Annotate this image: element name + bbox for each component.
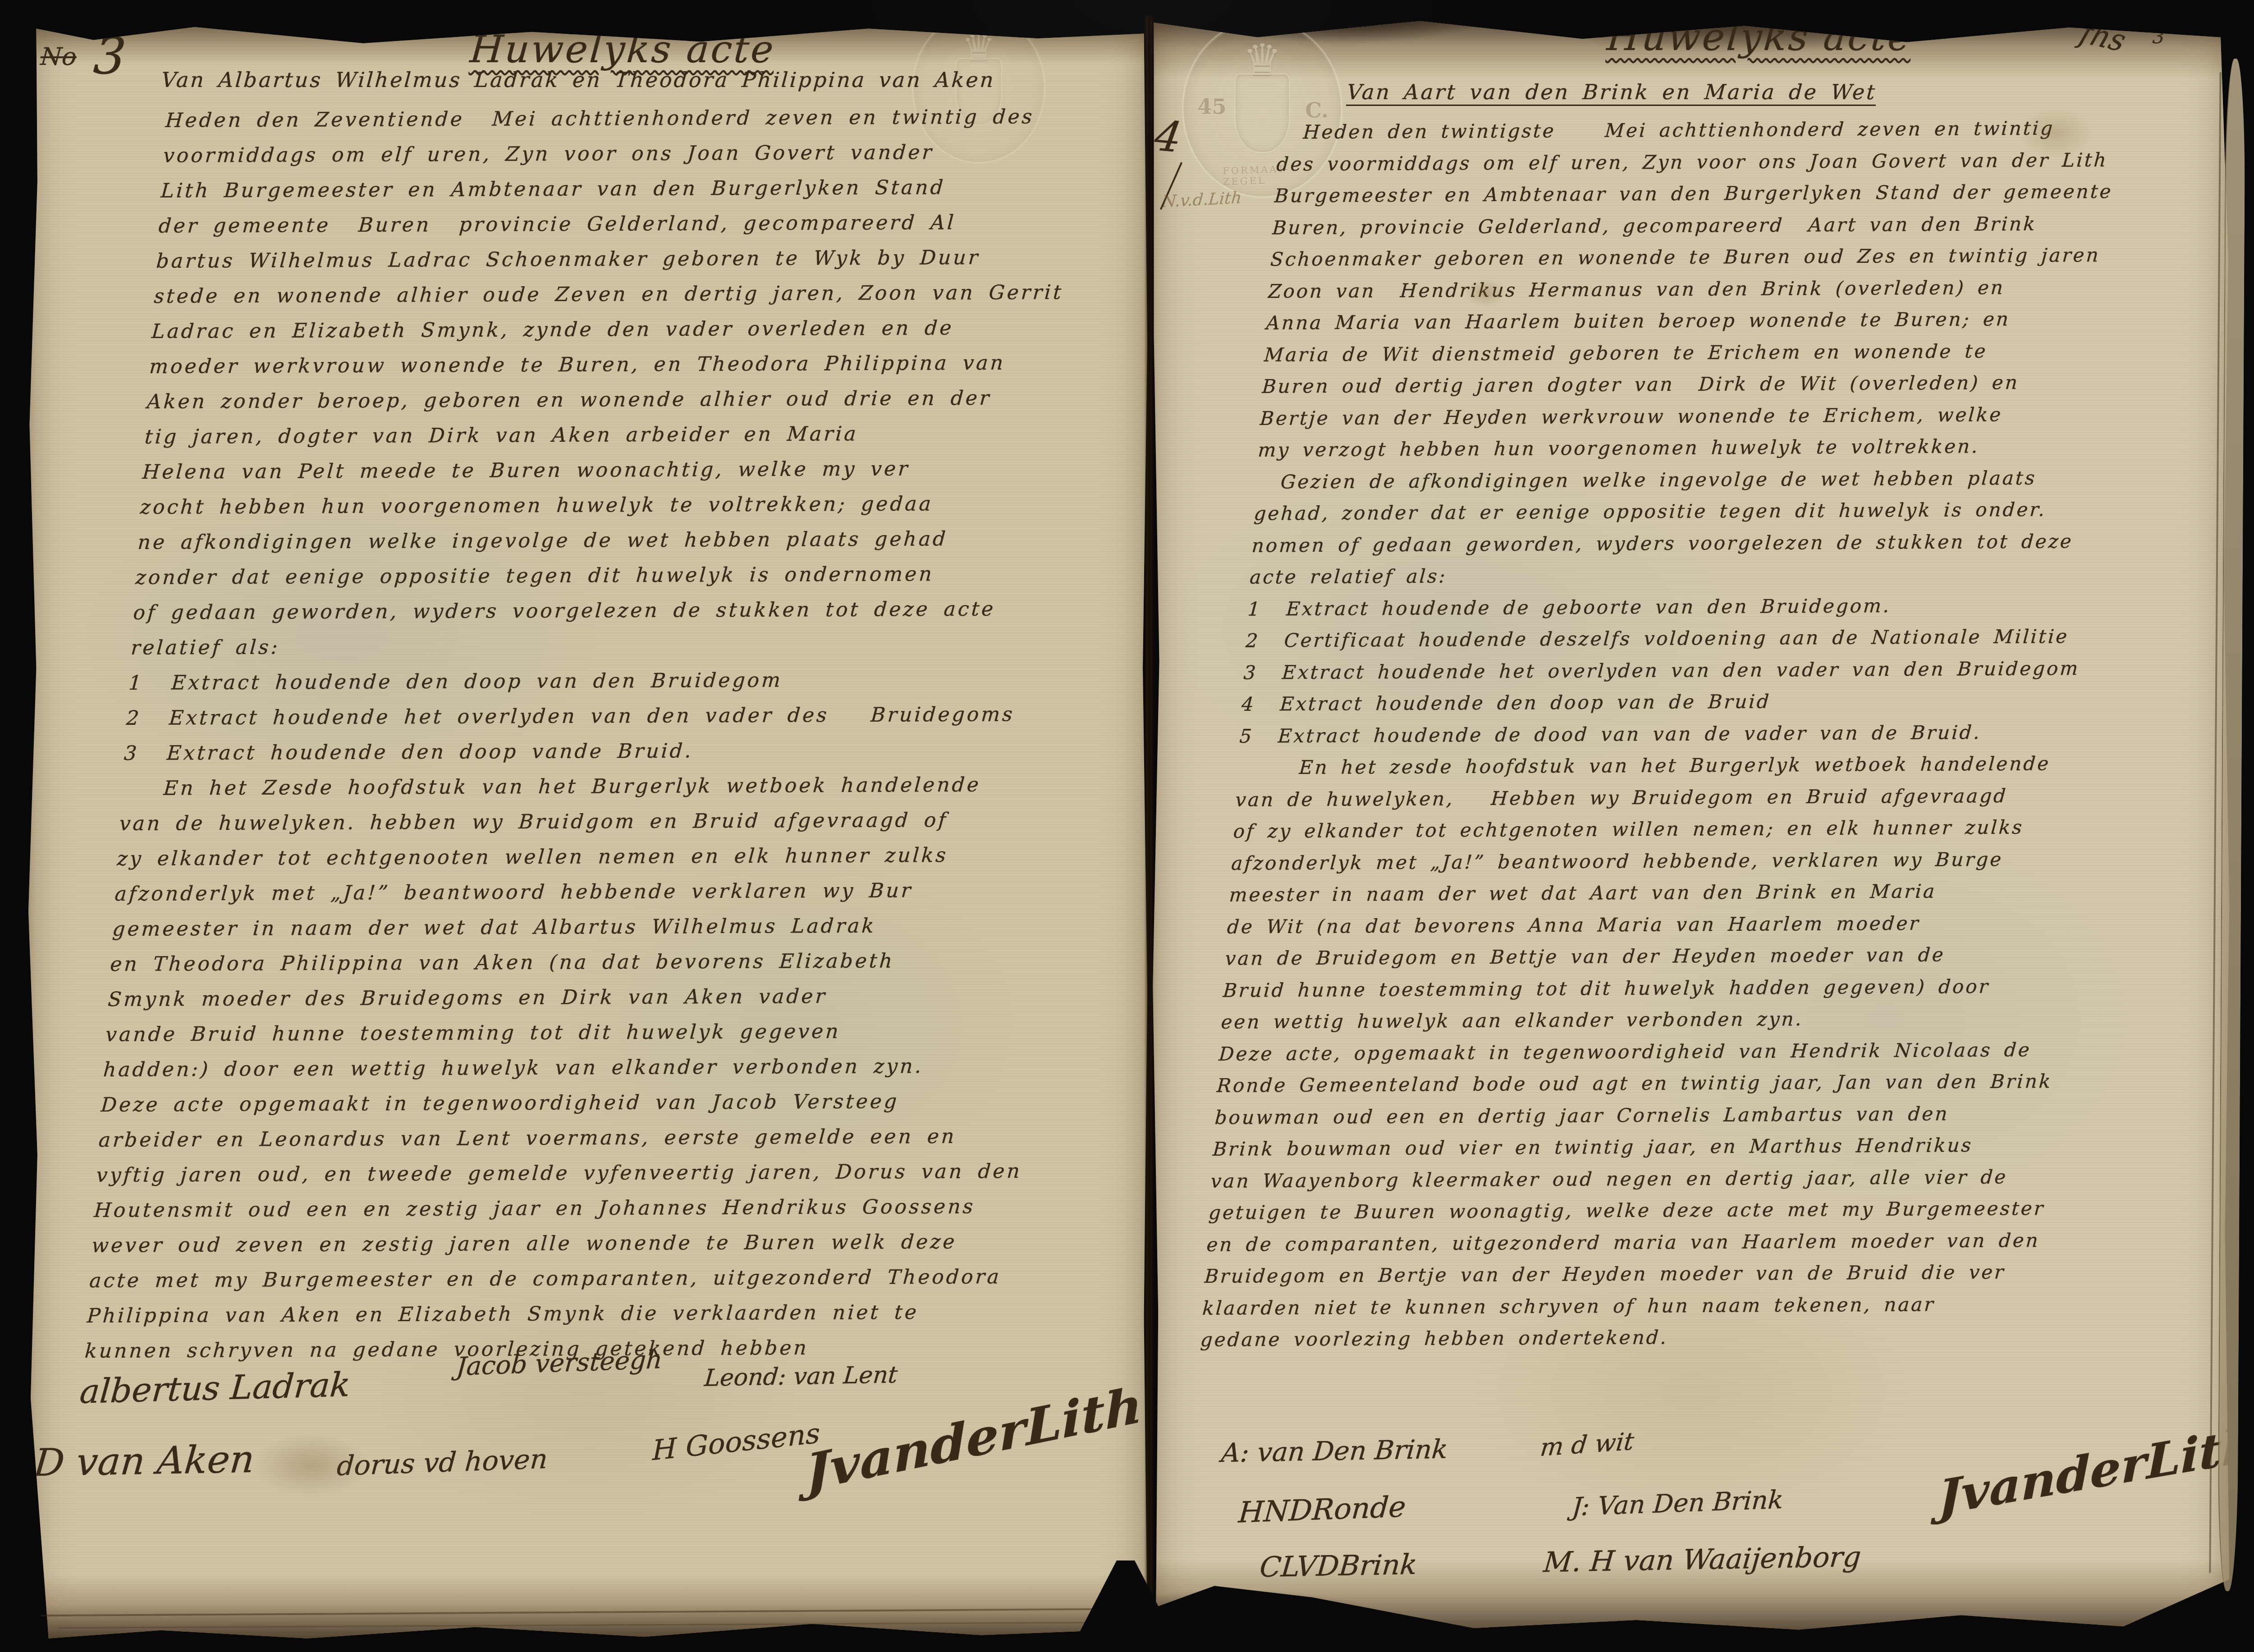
text-line: meester in naam der wet dat Aart van den… (1228, 874, 2218, 911)
text-line: Bruidegom en Bertje van der Heyden moede… (1204, 1255, 2193, 1292)
signature-groom: albertus Ladrak (78, 1365, 352, 1411)
left-page-title: Huwelyks acte (469, 27, 777, 71)
text-line: vyftig jaren oud, en tweede gemelde vyfe… (95, 1153, 1117, 1193)
text-line: vande Bruid hunne toestemming tot dit hu… (105, 1013, 1126, 1053)
text-line: 5 Extract houdende de dood van van de va… (1238, 715, 2228, 752)
text-line: Heden den Zeventiende Mei achttienhonder… (165, 99, 1186, 138)
act-number: 3 (92, 27, 128, 86)
signature-groom: A: van Den Brink (1220, 1434, 1449, 1469)
left-page-text: Heden den Zeventiende Mei achttienhonder… (84, 99, 1186, 1369)
text-line: Maria de Wit dienstmeid geboren te Erich… (1263, 334, 2253, 371)
text-line: der gemeente Buren provincie Gelderland,… (157, 204, 1179, 244)
signature-witness-hoven: dorus vd hoven (336, 1443, 549, 1482)
text-line: voormiddags om elf uren, Zyn voor ons Jo… (162, 134, 1183, 174)
text-line: Philippina van Aken en Elizabeth Smynk d… (86, 1294, 1108, 1334)
text-line: afzonderlyk met „Ja!” beantwoord hebbend… (114, 872, 1135, 912)
text-line: 2 Extract houdende het overlyden van den… (125, 696, 1147, 736)
text-line: en de comparanten, uitgezonderd maria va… (1205, 1224, 2195, 1261)
signature-bride-mark: m d wit (1539, 1427, 1636, 1462)
right-page-title: Huwelyks acte (1606, 15, 1914, 59)
text-line: des voormiddags om elf uren, Zyn voor on… (1275, 143, 2254, 180)
act-number-label-struck: No (40, 42, 78, 71)
text-line: bouwman oud een en dertig jaar Cornelis … (1214, 1097, 2204, 1134)
text-line: Buren oud dertig jaren dogter van Dirk d… (1261, 366, 2251, 403)
text-line: Aken zonder beroep, geboren en wonende a… (146, 380, 1168, 420)
left-subject-line: Van Albartus Wilhelmus Ladrak en Theodor… (160, 68, 996, 92)
signature-father-bride: D van Aken (32, 1437, 256, 1485)
text-line: 1 Extract houdende den doop van den Brui… (128, 661, 1149, 701)
text-line: bartus Wilhelmus Ladrac Schoenmaker gebo… (155, 239, 1177, 279)
text-line: Helena van Pelt meede te Buren woonachti… (141, 450, 1163, 490)
margin-paraph: N.v.d.Lith (1161, 188, 1242, 211)
corner-flourish: fhs (2075, 15, 2130, 58)
text-line: de Wit (na dat bevorens Anna Maria van H… (1226, 906, 2216, 943)
signature-witness-waaijenborg: M. H van Waaijenborg (1542, 1540, 1862, 1579)
text-line: hadden:) door een wettig huwelyk van elk… (102, 1048, 1124, 1088)
text-line: ne afkondigingen welke ingevolge de wet … (137, 521, 1158, 560)
text-line: getuigen te Buuren woonagtig, welke deze… (1208, 1192, 2197, 1229)
text-line: van de Bruidegom en Bettje van der Heyde… (1224, 938, 2213, 975)
text-line: 1 Extract houdende de geboorte van den B… (1247, 588, 2236, 625)
text-line: of zy elkander tot echtgenoten willen ne… (1232, 810, 2222, 847)
text-line: acte met my Burgemeester en de comparant… (88, 1259, 1110, 1299)
text-line: Schoenmaker geboren en wonende te Buren … (1269, 238, 2254, 275)
text-line: En het zesde hoofdstuk van het Burgerlyk… (1237, 747, 2226, 784)
text-line: stede en wonende alhier oude Zeven en de… (153, 275, 1174, 314)
text-line: gehad, zonder dat er eenige oppositie te… (1253, 493, 2242, 530)
signature-witness-j-brink: J: Van Den Brink (1571, 1485, 1784, 1522)
page-number: 3 (2152, 26, 2165, 48)
text-line: en Theodora Philippina van Aken (na dat … (109, 943, 1131, 982)
text-line: van de huwelyken, Hebben wy Bruidegom en… (1234, 779, 2224, 816)
text-line: Zoon van Hendrikus Hermanus van den Brin… (1267, 270, 2254, 307)
text-line: Ladrac en Elizabeth Smynk, zynde den vad… (151, 310, 1172, 349)
text-line: acte relatief als: (1249, 556, 2238, 593)
signature-burgemeester: JvanderLith (1938, 1416, 2254, 1526)
right-page-text: Heden den twintigste Mei achttienhonderd… (1200, 111, 2254, 1356)
text-line: Lith Burgemeester en Ambtenaar van den B… (160, 169, 1181, 209)
right-page: Huwelyks acte fhs 3 ♛ 45 C. FORMAAT-ZEGE… (1150, 11, 2231, 1636)
text-line: afzonderlyk met „Ja!” beantwoord hebbend… (1230, 842, 2220, 879)
right-subject-line: Van Aart van den Brink en Maria de Wet (1346, 80, 1878, 104)
text-line: of gedaan geworden, wyders voorgelezen d… (132, 591, 1154, 631)
text-line: Deze acte opgemaakt in tegenwoordigheid … (100, 1083, 1121, 1123)
signature-witness-van-lent: Leond: van Lent (703, 1361, 899, 1391)
text-line: Smynk moeder des Bruidegoms en Dirk van … (107, 978, 1128, 1017)
text-line: tig jaren, dogter van Dirk van Aken arbe… (144, 415, 1165, 455)
text-line: gedane voorlezing hebben ondertekend. (1200, 1319, 2189, 1356)
text-line: van de huwelyken. hebben wy Bruidgom en … (118, 802, 1140, 842)
text-line: Bertje van der Heyden werkvrouw wonende … (1259, 398, 2249, 435)
text-line: moeder werkvrouw wonende te Buren, en Th… (148, 345, 1170, 384)
text-line: wever oud zeven en zestig jaren alle won… (91, 1224, 1112, 1263)
text-line: Ronde Gemeenteland bode oud agt en twint… (1216, 1065, 2205, 1102)
burnt-edge-bottom (26, 1574, 1150, 1642)
text-line: Burgemeester en Ambtenaar van den Burger… (1274, 175, 2254, 212)
text-line: Anna Maria van Haarlem buiten beroep won… (1265, 302, 2254, 339)
text-line: Brink bouwman oud vier en twintig jaar, … (1212, 1128, 2201, 1165)
signature-burgemeester: JvanderLith (805, 1376, 1143, 1502)
text-line: 3 Extract houdende den doop vande Bruid. (123, 732, 1145, 771)
text-line: gemeester in naam der wet dat Albartus W… (111, 907, 1133, 947)
text-line: arbeider en Leonardus van Lent voermans,… (97, 1118, 1119, 1158)
stamp-value: 45 (1198, 95, 1227, 119)
signature-witness-ronde: HNDRonde (1237, 1491, 1407, 1530)
text-line: relatief als: (130, 626, 1151, 666)
left-page: No 3 Huwelyks acte ♛ Van Albartus Wilhel… (26, 19, 1150, 1642)
signature-witness-goossens: H Goossens (652, 1417, 820, 1467)
text-line: En het Zesde hoofdstuk van het Burgerlyk… (120, 767, 1142, 806)
gutter-crease (1144, 16, 1154, 1623)
text-line: 3 Extract houdende het overlyden van den… (1242, 652, 2232, 689)
text-line: Houtensmit oud een en zestig jaar en Joh… (93, 1189, 1114, 1228)
text-line: nomen of gedaan geworden, wyders voorgel… (1251, 525, 2240, 562)
text-line: een wettig huwelyk aan elkander verbonde… (1220, 1001, 2209, 1038)
book-scan: No 3 Huwelyks acte ♛ Van Albartus Wilhel… (0, 0, 2254, 1652)
text-line: zy elkander tot echtgenooten wellen neme… (116, 837, 1137, 877)
text-line: zonder dat eenige oppositie tegen dit hu… (134, 556, 1156, 595)
text-line: Deze acte, opgemaakt in tegenwoordigheid… (1218, 1033, 2208, 1070)
text-line: 4 Extract houdende den doop van de Bruid (1241, 683, 2230, 720)
text-line: Bruid hunne toestemming tot dit huwelyk … (1222, 970, 2212, 1007)
text-line: my verzogt hebben hun voorgenomen huwely… (1257, 429, 2246, 466)
text-line: 2 Certificaat houdende deszelfs voldoeni… (1245, 620, 2234, 657)
text-line: van Waayenborg kleermaker oud negen en d… (1209, 1160, 2199, 1197)
text-line: Heden den twintigste Mei achttienhonderd… (1278, 111, 2254, 148)
text-line: zocht hebben hun voorgenomen huwelyk te … (139, 485, 1160, 525)
margin-act-number: 4 (1151, 112, 1185, 162)
signature-witness-cl-brink: CLVDBrink (1259, 1548, 1419, 1583)
text-line: Buren, provincie Gelderland, gecompareer… (1271, 207, 2254, 244)
text-line: Gezien de afkondigingen welke ingevolge … (1255, 461, 2245, 498)
text-line: klaarden niet te kunnen schryven of hun … (1201, 1287, 2191, 1324)
